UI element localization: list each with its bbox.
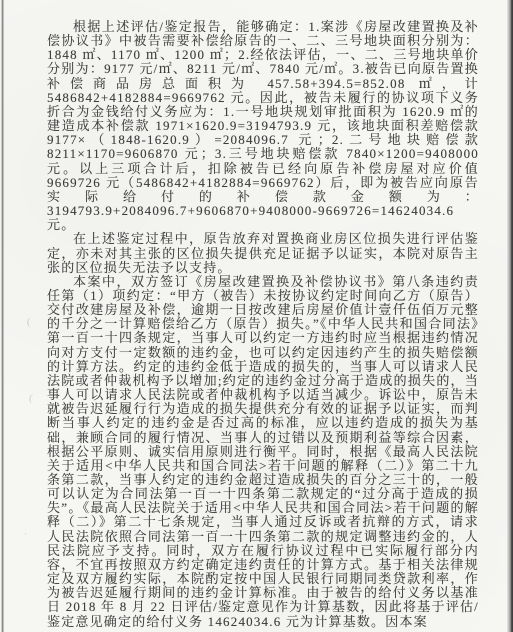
scan-noise-speck: ( — [27, 318, 30, 328]
scan-left-edge — [1, 0, 4, 632]
paragraph-breach-liability-analysis: 本案中，双方签订《房屋改建置换及补偿协议书》第八条违约责任第（1）项约定：“甲方… — [47, 275, 479, 629]
scan-right-edge — [507, 0, 513, 632]
judgment-text-block: 根据上述评估/鉴定报告，能够确定：1.案涉《房屋改建置换及补偿协议书》中被告需要… — [47, 20, 479, 629]
scan-noise-speck: ( — [28, 394, 33, 404]
scan-noise-speck: · — [24, 530, 28, 540]
scanned-judgment-page: ( ( · 根据上述评估/鉴定报告，能够确定：1.案涉《房屋改建置换及补偿协议书… — [0, 0, 513, 632]
paragraph-location-loss-claim: 在上述鉴定过程中，原告放弃对置换商业房区位损失进行评估鉴定，亦未对其主张的区位损… — [47, 232, 479, 274]
paragraph-compensation-calculation: 根据上述评估/鉴定报告，能够确定：1.案涉《房屋改建置换及补偿协议书》中被告需要… — [47, 20, 479, 232]
